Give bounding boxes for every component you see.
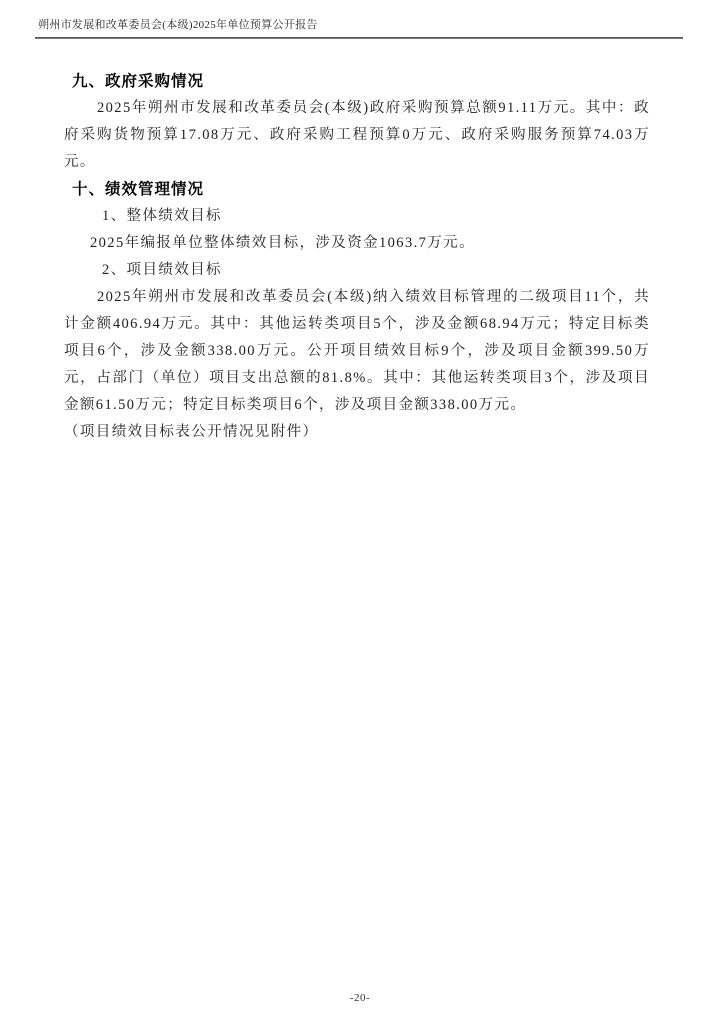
subitem-overall-target-title: 1、整体绩效目标 (64, 203, 650, 230)
paragraph-procurement-budget: 2025年朔州市发展和改革委员会(本级)政府采购预算总额91.11万元。其中：政… (64, 95, 650, 176)
paragraph-project-target: 2025年朔州市发展和改革委员会(本级)纳入绩效目标管理的二级项目11个，共计金… (64, 284, 650, 419)
section-heading-procurement: 九、政府采购情况 (72, 68, 650, 95)
paragraph-overall-target: 2025年编报单位整体绩效目标，涉及资金1063.7万元。 (64, 230, 650, 257)
header-rule (35, 37, 683, 39)
section-heading-performance: 十、绩效管理情况 (72, 176, 650, 203)
page-header: 朔州市发展和改革委员会(本级)2025年单位预算公开报告 (35, 18, 683, 39)
document-page: 朔州市发展和改革委员会(本级)2025年单位预算公开报告 九、政府采购情况 20… (0, 0, 720, 1019)
document-body: 九、政府采购情况 2025年朔州市发展和改革委员会(本级)政府采购预算总额91.… (64, 68, 650, 446)
subitem-project-target-title: 2、项目绩效目标 (64, 257, 650, 284)
page-footer: -20- (0, 988, 720, 1006)
attachment-note: （项目绩效目标表公开情况见附件） (64, 419, 650, 446)
running-header-title: 朔州市发展和改革委员会(本级)2025年单位预算公开报告 (35, 18, 683, 33)
page-number: -20- (350, 992, 370, 1004)
